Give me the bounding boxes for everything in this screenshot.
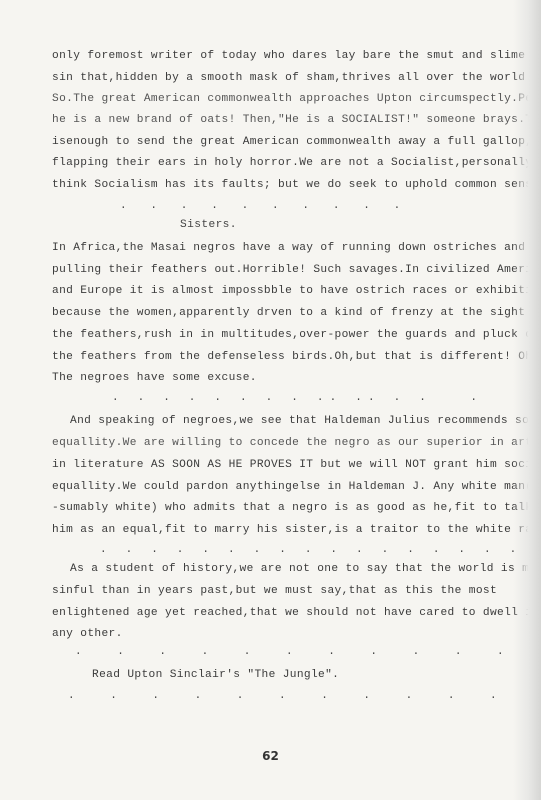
dot-separator: . . . . . . . . .. .. . . .: [112, 392, 483, 404]
dot-separator: . . . . . . . . . . . . . . .: [68, 690, 541, 702]
dot-separator: . . . . . . . . . .: [120, 200, 409, 212]
text-line: and Europe it is almost impossbble to ha…: [52, 284, 541, 298]
text-line: And speaking of negroes,we see that Hald…: [70, 414, 541, 428]
text-line: sin that,hidden by a smooth mask of sham…: [52, 71, 532, 85]
text-line: sinful than in years past,but we must sa…: [52, 584, 497, 598]
typewritten-page: only foremost writer of today who dares …: [0, 0, 541, 800]
text-line: only foremost writer of today who dares …: [52, 49, 541, 63]
text-line: because the women,apparently drven to a …: [52, 306, 541, 320]
text-line: In Africa,the Masai negros have a way of…: [52, 241, 525, 255]
text-line: in literature AS SOON AS HE PROVES IT bu…: [52, 458, 541, 472]
text-line: the feathers from the defenseless birds.…: [52, 350, 541, 364]
text-line: As a student of history,we are not one t…: [70, 562, 541, 576]
text-line: So.The great American commonwealth appro…: [52, 92, 541, 106]
text-line: he is a new brand of oats! Then,"He is a…: [52, 113, 541, 127]
text-line: -sumably white) who admits that a negro …: [52, 501, 541, 515]
text-line: him as an equal,fit to marry his sister,…: [52, 523, 541, 537]
section-heading: Sisters.: [180, 219, 237, 231]
dot-separator: . . . . . . . . . . . . . .: [75, 646, 541, 658]
text-line: the feathers,rush in in multitudes,over-…: [52, 328, 541, 342]
dot-separator: . . . . . . . . . . . . . . . . .: [100, 544, 522, 556]
text-line: flapping their ears in holy horror.We ar…: [52, 156, 541, 170]
text-line: equallity.We are willing to concede the …: [52, 436, 539, 450]
text-line: The negroes have some excuse.: [52, 371, 257, 385]
text-line: equallity.We could pardon anythingelse i…: [52, 480, 541, 494]
text-line: enlightened age yet reached,that we shou…: [52, 606, 539, 620]
text-line: pulling their feathers out.Horrible! Suc…: [52, 263, 541, 277]
text-line: think Socialism has its faults; but we d…: [52, 178, 541, 192]
text-line: any other.: [52, 627, 123, 641]
binding-shadow: [513, 0, 541, 800]
text-line: isenough to send the great American comm…: [52, 135, 532, 149]
page-number: 62: [0, 749, 541, 763]
closing-line: Read Upton Sinclair's "The Jungle".: [92, 668, 339, 682]
